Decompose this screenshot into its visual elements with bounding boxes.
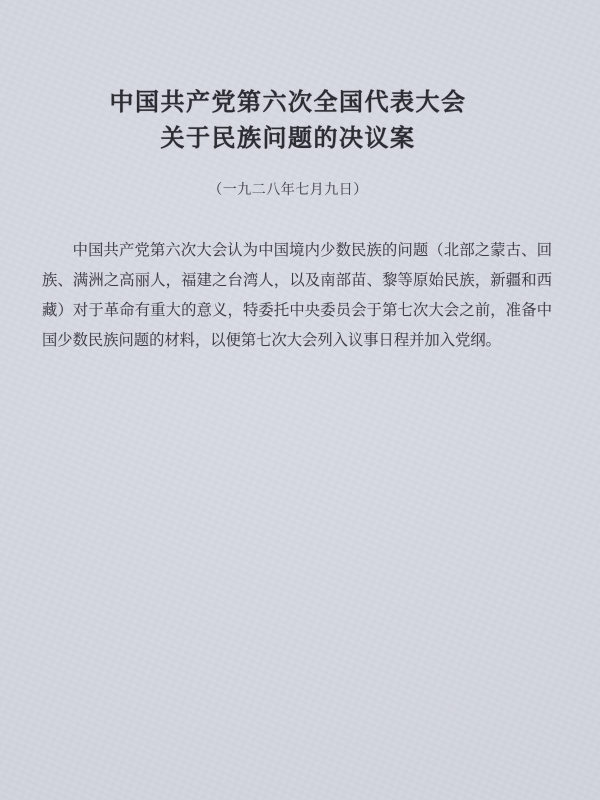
document-title-line-2: 关于民族问题的决议案 xyxy=(0,120,576,156)
document-header: 中国共产党第六次全国代表大会 关于民族问题的决议案 xyxy=(0,84,576,156)
document-title-line-1: 中国共产党第六次全国代表大会 xyxy=(0,84,576,120)
document-date: （一九二八年七月九日） xyxy=(0,180,576,202)
document-page: 中国共产党第六次全国代表大会 关于民族问题的决议案 （一九二八年七月九日） 中国… xyxy=(0,0,600,800)
document-body-paragraph: 中国共产党第六次大会认为中国境内少数民族的问题（北部之蒙古、回族、满洲之高丽人，… xyxy=(42,236,552,356)
